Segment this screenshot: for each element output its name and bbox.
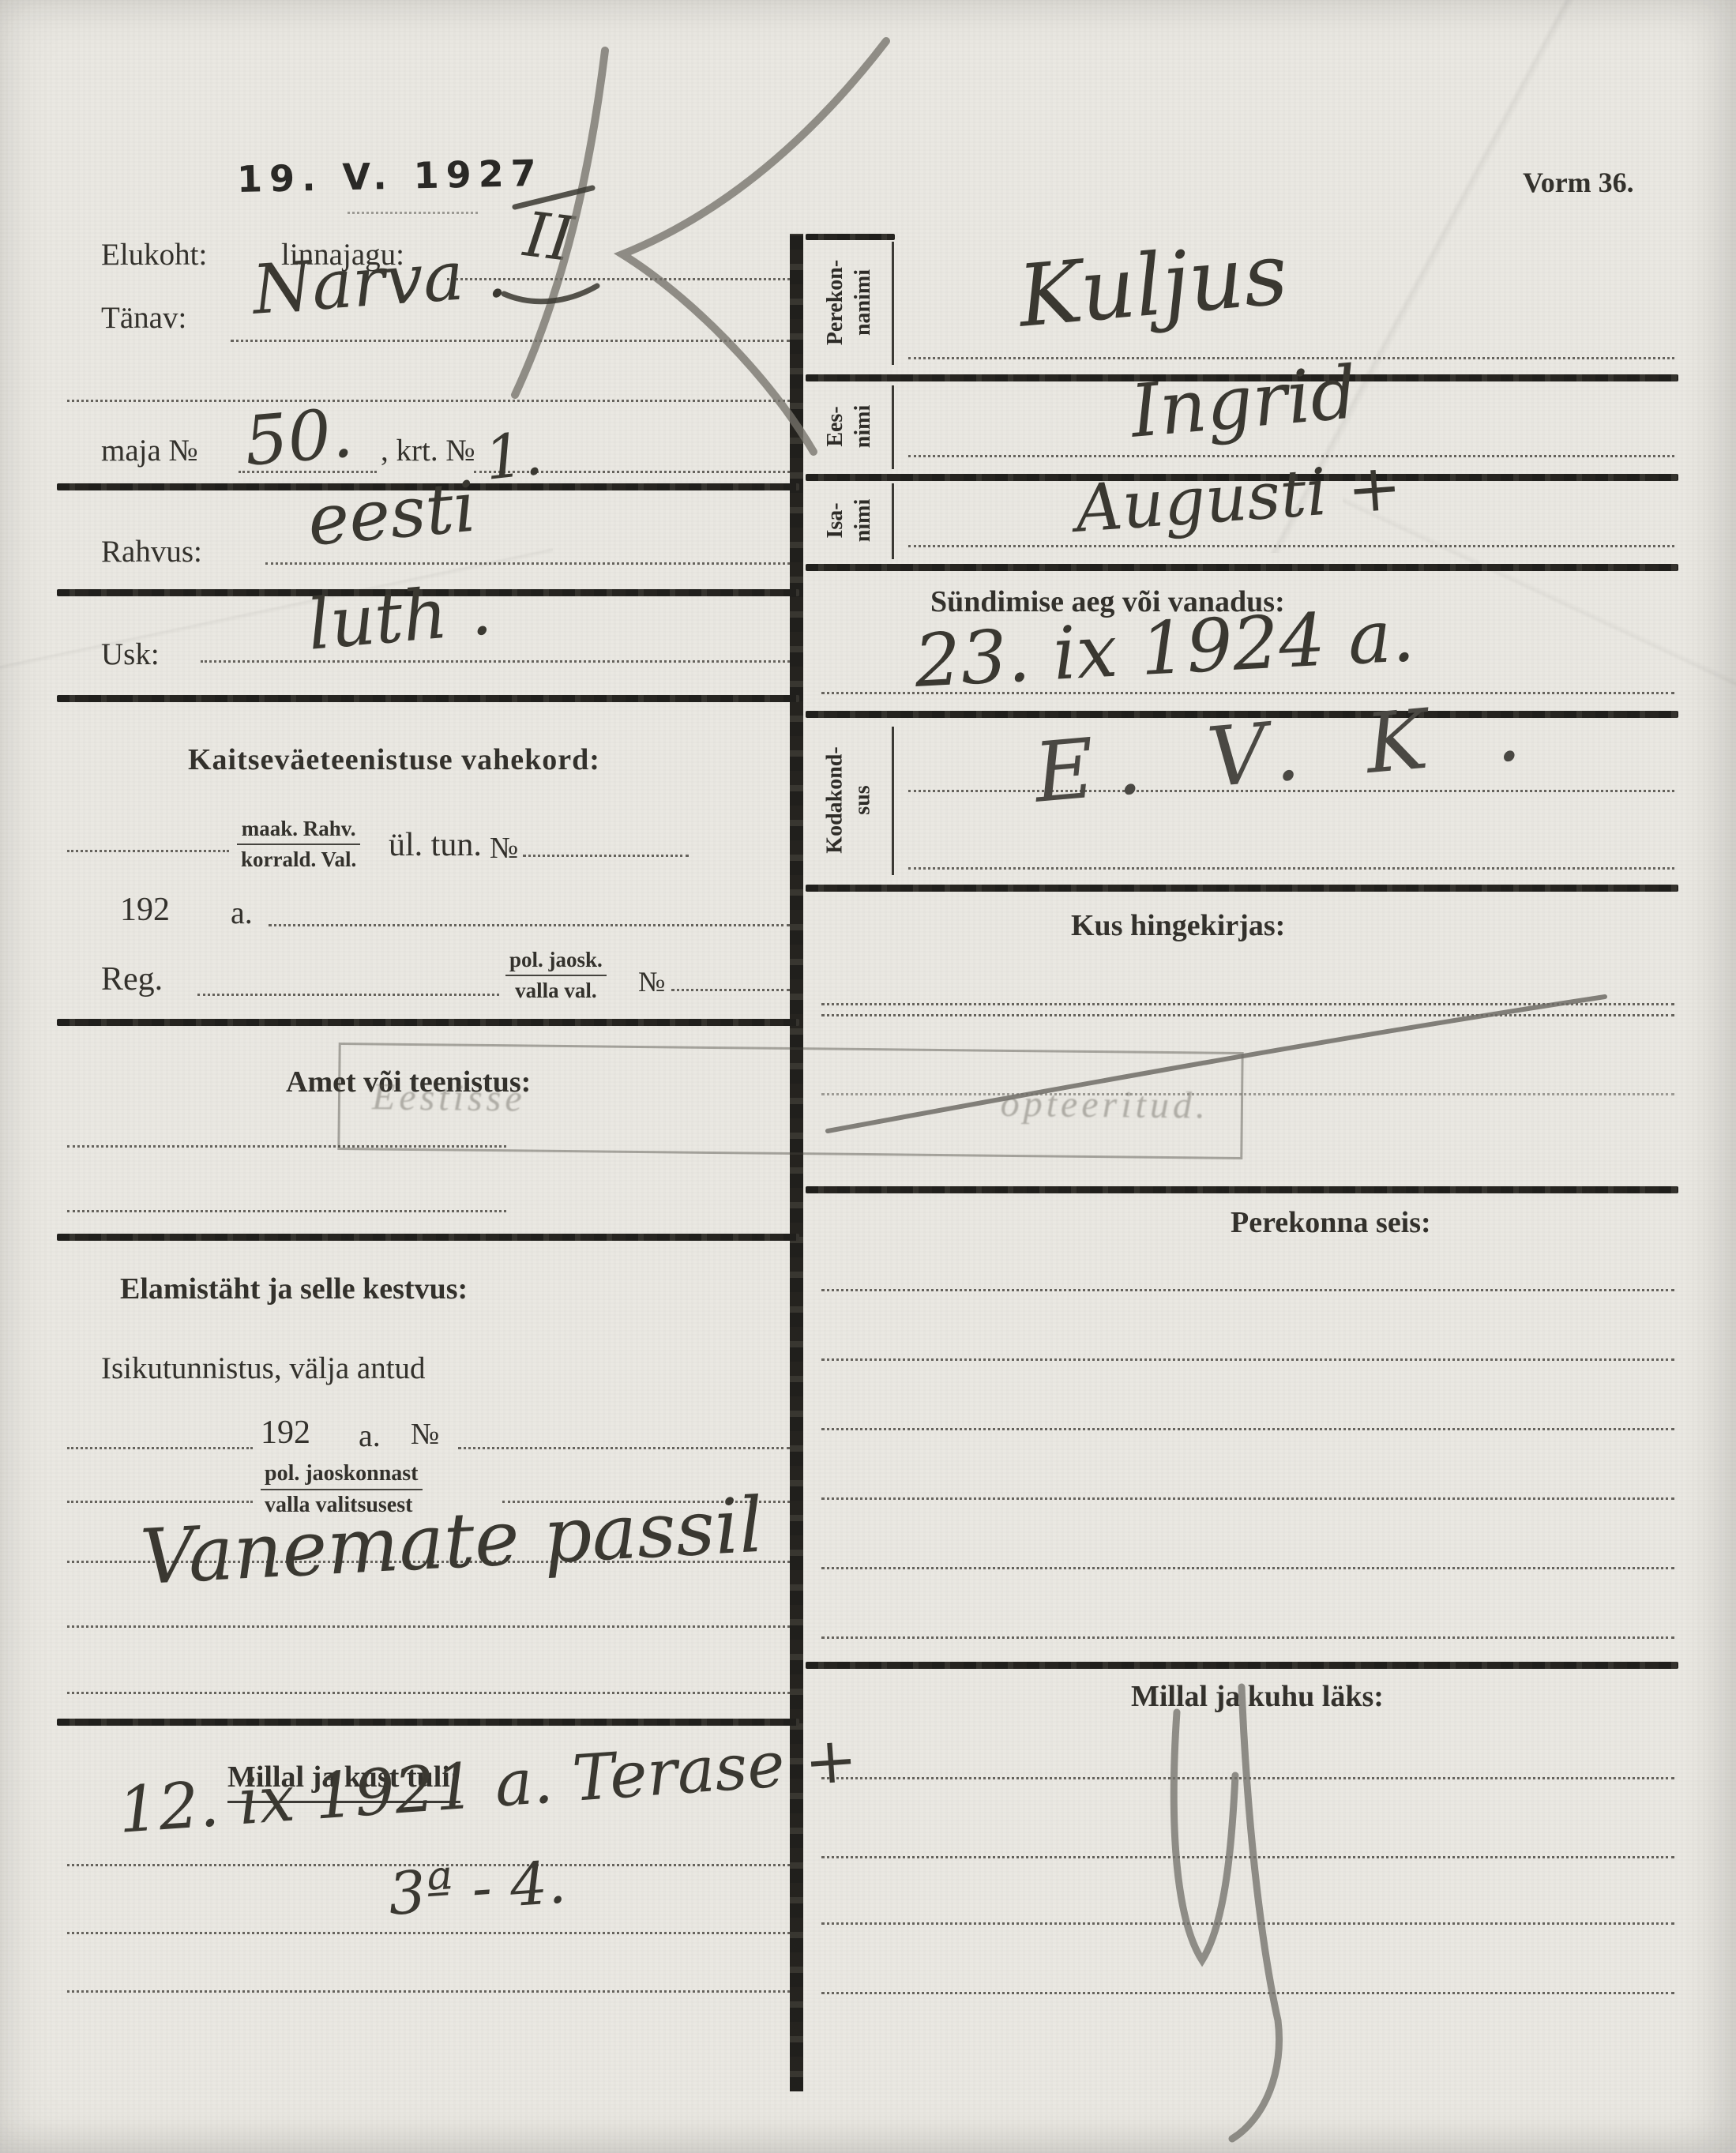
isanimi-label: Isa- nimi [807,480,891,561]
right-section-rule [806,1186,1678,1193]
eesnimi-label-line2: nimi [849,405,877,448]
tuli-handwriting-line2: 3ª - 4. [386,1848,568,1928]
registration-card-scan: 19. V. 1927 Vorm 36. Elukoht: linnajagu:… [0,0,1736,2153]
isik-no-sign: № [411,1417,439,1452]
isanimi-line [908,545,1674,547]
pol-valla-fraction: pol. jaosk. valla val. [505,948,607,1003]
kodakondsus-label-line1: Kodakond- [821,746,849,853]
blank-line [67,400,790,402]
kodakondsus-line2 [908,867,1674,870]
rahvus-line [265,562,790,565]
year-line [269,924,790,926]
right-section-rule [806,564,1678,571]
usk-label: Usk: [101,637,160,672]
linnajagu-handwriting: II [520,199,577,276]
section-rule [57,1019,799,1026]
eesnimi-label-line1: Ees- [821,405,849,448]
paper-crease [1343,237,1736,948]
year-a-label: a. [231,894,253,931]
tanav-line [231,340,790,342]
isanimi-handwriting: Augusti + [1073,449,1404,547]
ul-tun-label: ül. tun. [389,826,482,864]
opteeritud-stamp: Eestisse opteeritud. [337,1043,1243,1159]
blank-line [67,1692,790,1694]
isik-year-192: 192 [261,1414,310,1452]
krt-label: , krt. № [381,433,475,468]
right-blank-line [821,1289,1674,1291]
rahvus-handwriting: eesti [305,466,479,562]
section-rule [57,1719,799,1726]
right-blank-line [821,1777,1674,1779]
right-blank-line [821,1358,1674,1361]
hingekirjas-top-line [821,1003,1674,1005]
millal-laks-heading: Millal ja kuhu läks: [1131,1679,1384,1714]
blank-line [67,1210,506,1212]
jaosk-line-left [67,1501,253,1503]
perekonnanimi-label-line2: nanimi [849,260,877,345]
reg-line-right [671,989,790,991]
isik-year-a: a. [359,1417,381,1454]
date-stamp: 19. V. 1927 [236,152,543,201]
label-separator [892,242,894,365]
elamistaht-heading: Elamistäht ja selle kestvus: [120,1272,468,1306]
tuli-handwriting-line1: 12. ix 1921 a. Terase + [116,1723,860,1847]
elamistaht-handwriting: Vanemate passil [138,1481,765,1602]
maja-handwriting: 50. [242,393,356,482]
section-rule [57,695,799,702]
isanimi-label-line2: nimi [849,499,877,542]
right-section-rule [806,885,1678,892]
korrald-val-label: korrald. Val. [237,845,360,872]
military-line-right [523,855,689,857]
valla-val-label: valla val. [505,976,607,1003]
kodakondsus-label-line2: sus [849,746,877,853]
right-blank-line [821,1922,1674,1925]
isik-line-right [458,1447,790,1449]
perekonnanimi-handwriting: Kuljus [1015,225,1291,347]
hingekirjas-line [821,1014,1674,1016]
perekonnanimi-label: Perekon- nanimi [807,239,891,366]
right-blank-line [821,1497,1674,1500]
reg-line-left [197,994,499,996]
reg-no-sign: № [638,965,665,998]
eesnimi-label: Ees- nimi [807,382,891,471]
tanav-label: Tänav: [101,300,186,336]
right-blank-line [821,1567,1674,1569]
perekonna-seis-heading: Perekonna seis: [1231,1205,1431,1240]
blank-line [67,1625,790,1628]
pencil-m-mark [1174,1687,1279,2139]
isikutunnistus-label: Isikutunnistus, välja antud [101,1351,426,1386]
stamp-text-right: opteeritud. [1000,1081,1209,1127]
maja-label: maja № [101,433,198,468]
label-separator [892,727,894,875]
year-192-label: 192 [120,891,170,929]
right-blank-line [821,1636,1674,1639]
blank-line [67,1932,790,1934]
center-divider [790,234,803,2091]
right-section-rule [806,1662,1678,1669]
blank-line [67,1990,790,1993]
usk-handwriting: luth . [305,569,495,666]
eesnimi-handwriting: Ingrid [1127,350,1360,454]
kodakondsus-handwriting: E. V. K . [1031,681,1545,821]
date-stamp-dots [348,212,478,214]
pol-jaoskonnast-label: pol. jaoskonnast [261,1461,423,1490]
reg-label: Reg. [101,960,163,998]
stamp-text-left: Eestisse [372,1075,526,1120]
kus-hingekirjas-heading: Kus hingekirjas: [1071,908,1285,943]
isanimi-label-line1: Isa- [821,499,849,542]
rahvus-label: Rahvus: [101,534,202,569]
ul-tun-no-sign: № [490,831,518,866]
right-blank-line [821,1992,1674,1994]
label-separator [892,385,894,469]
pol-jaosk-label: pol. jaosk. [505,948,607,976]
kaitsevae-heading: Kaitseväeteenistuse vahekord: [188,742,600,777]
right-blank-line [821,1856,1674,1858]
kodakondsus-label: Kodakond- sus [807,722,891,878]
form-number: Vorm 36. [1523,166,1634,199]
krt-handwriting: 1. [481,418,545,494]
elukoht-label: Elukoht: [101,237,207,272]
isik-line-left [67,1447,253,1449]
right-blank-line [821,1428,1674,1430]
military-line-left [67,850,229,852]
usk-line [201,660,790,663]
section-rule [57,1234,799,1241]
tanav-handwriting: Narva . [250,234,509,330]
maak-rahv-label: maak. Rahv. [237,817,360,845]
perekonnanimi-label-line1: Perekon- [821,260,849,345]
label-separator [892,483,894,559]
maak-korrald-fraction: maak. Rahv. korrald. Val. [237,817,360,872]
